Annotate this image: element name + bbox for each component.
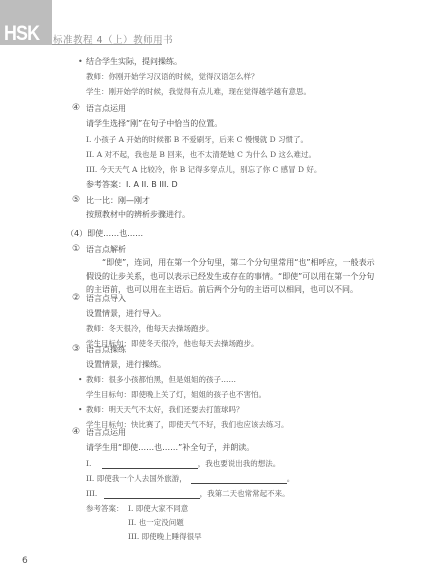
section-title: 比一比：刚—刚才 [86,196,150,206]
section-number: ① [72,244,80,254]
exercise-item: III. 今天天气 A 比较冷，你 B 记得多穿点儿，别忘了你 C 感冒 D 好… [86,165,321,175]
section-title: 语言点操练 [86,345,126,355]
item-label: III. [86,489,97,498]
item-label: I. [86,459,91,468]
section-number: ③ [72,344,80,354]
answer-key-item: II. 也一定没问题 [128,518,184,528]
section-number: ② [72,293,80,303]
section-title: 语言点解析 [86,245,126,255]
section-number: ④ [72,427,80,437]
grammar-heading: （4）即使……也…… [66,229,143,239]
answer-blank[interactable] [102,459,198,469]
section-instruction: 设置情景，进行导入。 [86,309,166,319]
fill-blank-item: I. ，我也要说出我的想法。 [86,459,280,469]
section-instruction: 请学生选择“刚”在句子中恰当的位置。 [86,119,222,129]
item-text-after: ，我第二天也常常起不来。 [200,489,290,498]
hsk-logo: HSK [4,22,39,46]
target-sentence: 学生目标句：即使晚上关了灯，姐姐的孩子也不害怕。 [86,390,266,400]
section-number: ④ [72,103,80,113]
answer-blank[interactable] [104,489,200,499]
section-title: 语言点导入 [86,294,126,304]
item-text-after: 。 [287,474,295,483]
intro-student-line: 学生：刚开始学的时候，我觉得有点儿难，现在觉得越学越有意思。 [86,87,311,97]
teacher-line: 教师：明天天气不太好，我们还要去打篮球吗？ [86,405,244,415]
section-title: 语言点运用 [86,104,126,114]
intro-bullet: 结合学生实际，提问操练。 [86,57,182,67]
section-instruction: 设置情景，进行操练。 [86,360,166,370]
item-text-after: ，我也要说出我的想法。 [198,459,281,468]
teacher-line: 教师：很多小孩都怕黑，但是姐姐的孩子…… [86,375,236,385]
section-title: 语言点运用 [86,428,126,438]
fill-blank-item: II. 即使我一个人去国外旅游，。 [86,474,294,484]
section-number: ⑤ [72,195,80,205]
fill-blank-item: III. ，我第二天也常常起不来。 [86,489,290,499]
section-text: 按照教材中的辨析步骤进行。 [86,210,190,220]
explanation-paragraph: “即使”，连词，用在第一个分句里，第二个分句里常用“也”相呼应，一般表示假设的让… [86,256,378,297]
answer-key-label: 参考答案： [86,504,124,514]
hsk-logo-block: HSK [0,0,52,45]
teacher-line: 教师：冬天很冷，他每天去操场跑步。 [86,324,214,334]
item-text-before: 即使我一个人去国外旅游， [97,474,187,483]
answer-key-item: I. 即使大家不同意 [128,504,188,514]
exercise-item: II. A 对不起，我也是 B 回来，也不太清楚她 C 为什么 D 这么难过。 [86,150,316,160]
answer-blank[interactable] [191,474,287,484]
item-label: II. [86,474,94,483]
answer-key-item: III. 即使晚上睡得很早 [128,532,202,542]
page-number: 6 [22,556,28,566]
intro-teacher-line: 教师：你刚开始学习汉语的时候，觉得汉语怎么样？ [86,72,259,82]
header-rule [52,44,162,45]
answer-key: 参考答案：I. A II. B III. D [86,180,178,190]
section-instruction: 请学生用“即使……也……”补全句子，并朗读。 [86,443,254,453]
exercise-item: I. 小孩子 A 开始的时候都 B 不爱刷牙，后来 C 慢慢就 D 习惯了。 [86,135,308,145]
